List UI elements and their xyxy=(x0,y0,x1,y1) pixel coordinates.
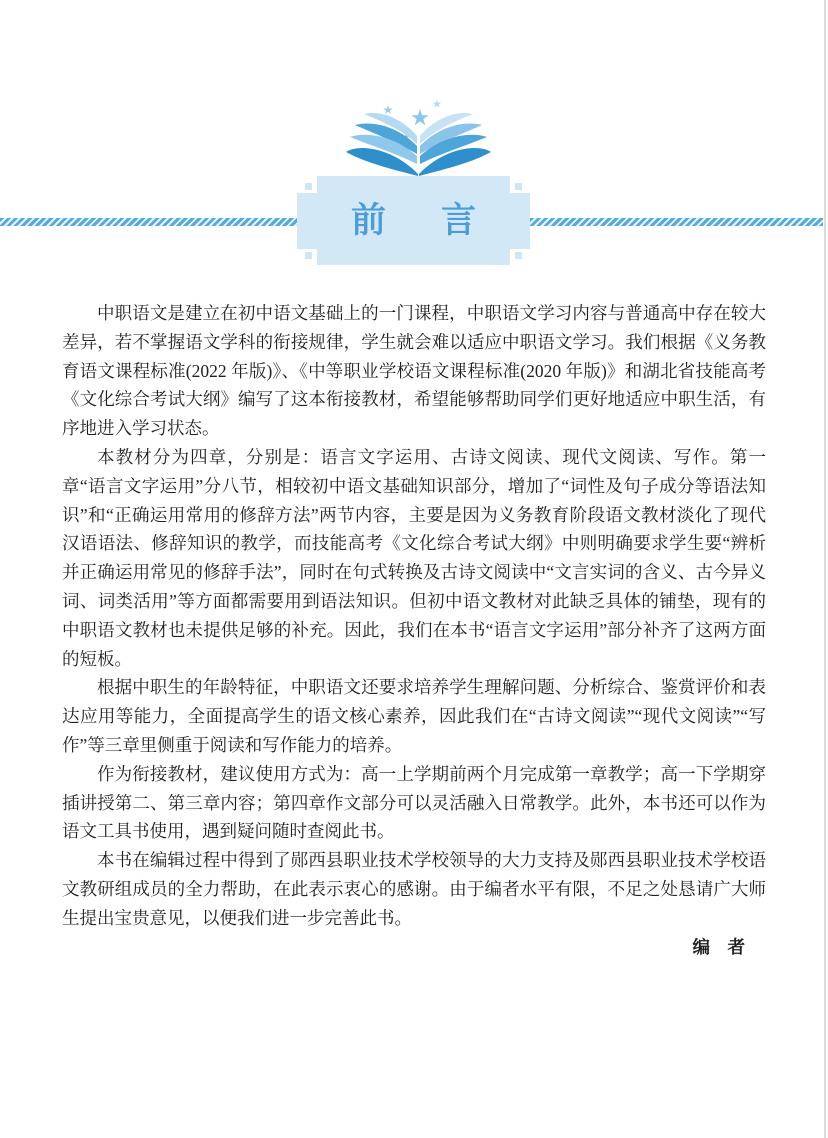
paragraph-3: 根据中职生的年龄特征，中职语文还要求培养学生理解问题、分析综合、鉴赏评价和表达应… xyxy=(62,673,766,759)
hatch-line-right xyxy=(530,218,823,226)
pixel-square-top-right xyxy=(515,183,522,190)
hatch-line-left xyxy=(0,218,297,226)
banner-band-top xyxy=(317,176,510,194)
title-banner: 前 言 xyxy=(297,176,530,265)
pixel-square-bottom-right xyxy=(515,252,522,259)
book-left-pages xyxy=(346,113,418,176)
paragraph-5: 本书在编辑过程中得到了郧西县职业技术学校领导的大力支持及郧西县职业技术学校语文教… xyxy=(62,846,766,932)
banner-band-bottom xyxy=(317,248,510,265)
preface-body: 中职语文是建立在初中语文基础上的一门课程，中职语文学习内容与普通高中存在较大差异… xyxy=(62,299,766,961)
page-title: 前 言 xyxy=(297,193,530,249)
pixel-square-bottom-left xyxy=(305,252,312,259)
paragraph-4: 作为衔接教材，建议使用方式为：高一上学期前两个月完成第一章教学；高一下学期穿插讲… xyxy=(62,760,766,846)
book-right-pages xyxy=(419,113,491,176)
page-edge-line xyxy=(824,0,826,1138)
open-book-icon xyxy=(346,96,491,180)
paragraph-2: 本教材分为四章，分别是：语言文字运用、古诗文阅读、现代文阅读、写作。第一章“语言… xyxy=(62,443,766,673)
paragraph-1: 中职语文是建立在初中语文基础上的一门课程，中职语文学习内容与普通高中存在较大差异… xyxy=(62,299,766,443)
preface-page: 前 言 中职语文是建立在初中语文基础上的一门课程，中职语文学习内容与普通高中存在… xyxy=(0,0,828,1138)
author-signature: 编 者 xyxy=(62,933,766,962)
pixel-square-top-left xyxy=(305,183,312,190)
